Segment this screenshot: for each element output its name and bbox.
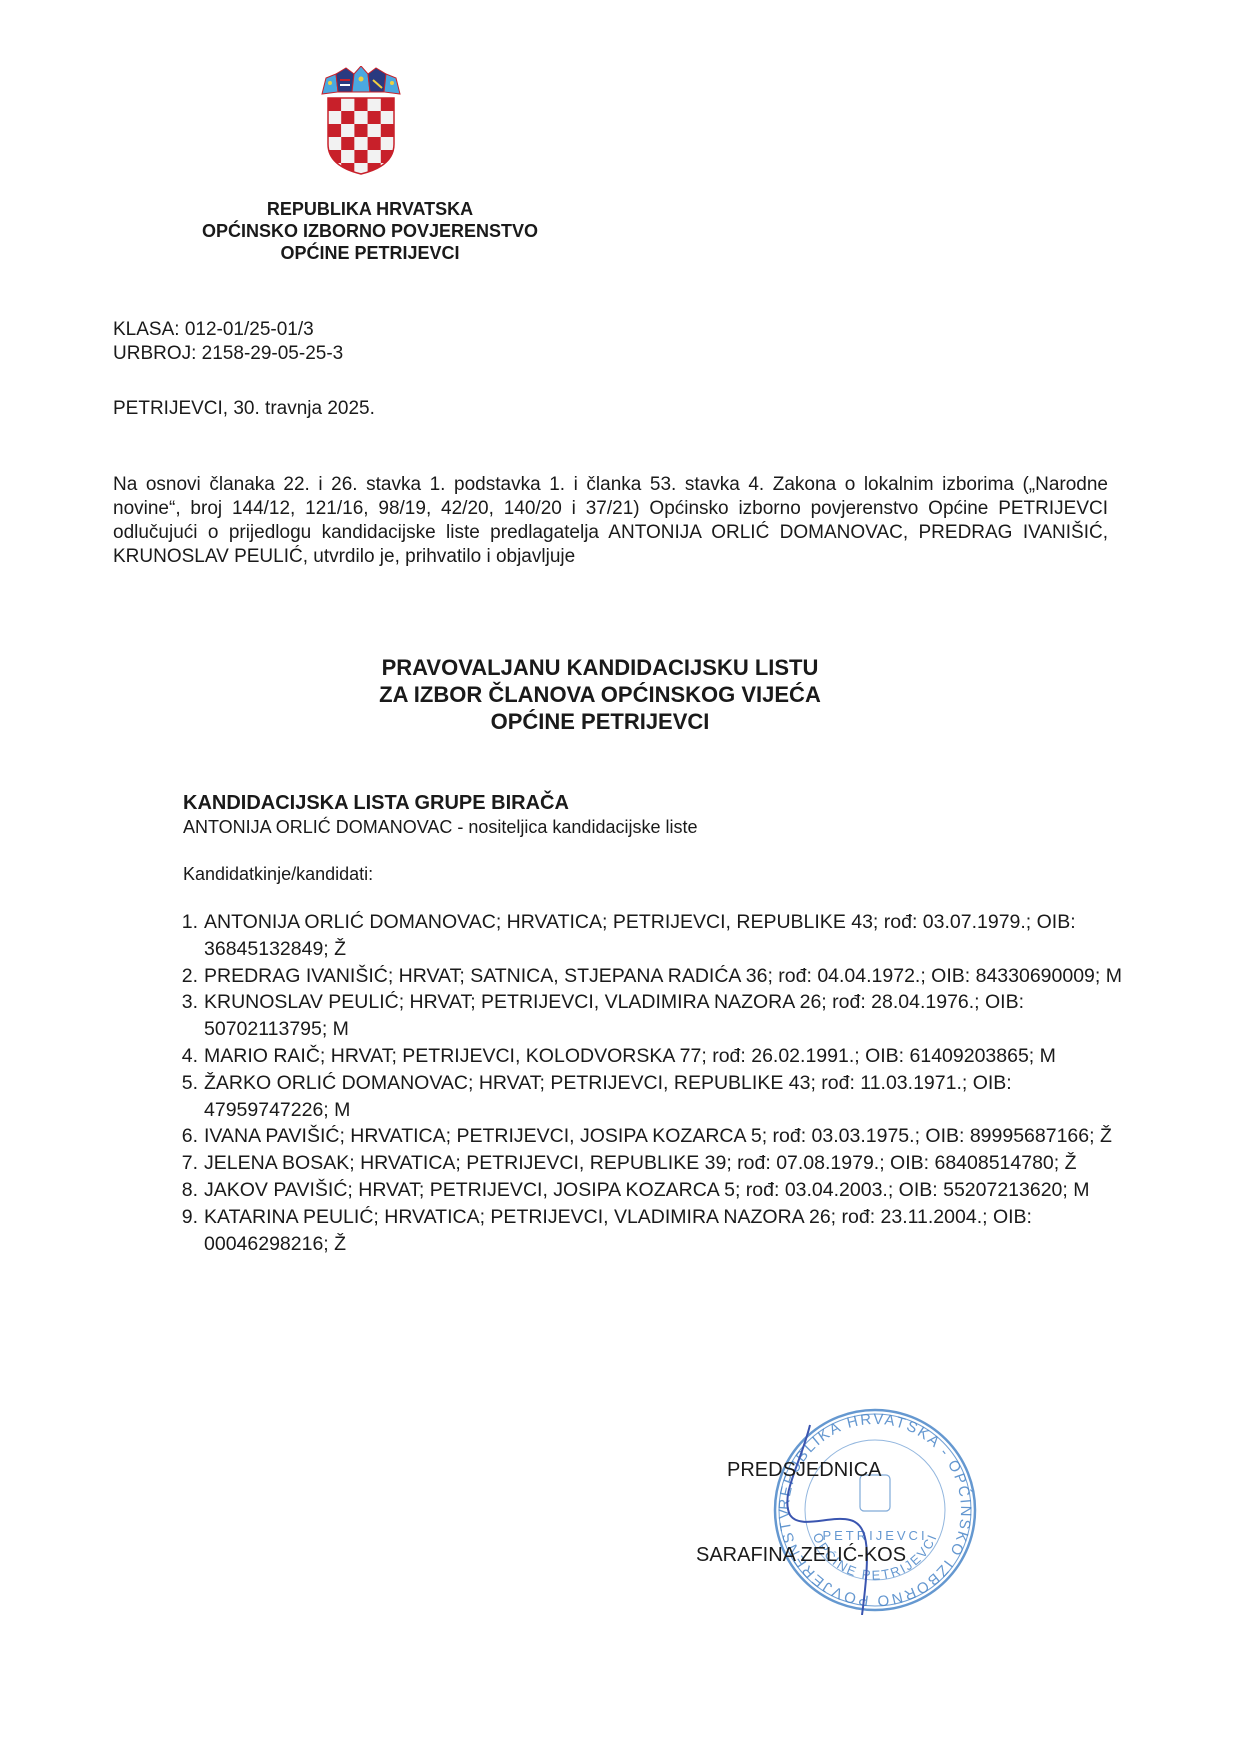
candidate-number: 4. bbox=[168, 1043, 204, 1070]
candidate-number: 2. bbox=[168, 963, 204, 990]
urbroj-number: URBROJ: 2158-29-05-25-3 bbox=[113, 342, 343, 366]
klasa-number: KLASA: 012-01/25-01/3 bbox=[113, 318, 343, 342]
candidate-item: 6.IVANA PAVIŠIĆ; HRVATICA; PETRIJEVCI, J… bbox=[168, 1123, 1128, 1150]
list-heading: KANDIDACIJSKA LISTA GRUPE BIRAČA bbox=[183, 791, 569, 815]
candidate-details: ANTONIJA ORLIĆ DOMANOVAC; HRVATICA; PETR… bbox=[204, 909, 1128, 963]
title-line-3: OPĆINE PETRIJEVCI bbox=[300, 708, 900, 735]
header-municipality: OPĆINE PETRIJEVCI bbox=[120, 242, 620, 264]
place-and-date: PETRIJEVCI, 30. travnja 2025. bbox=[113, 397, 375, 421]
official-stamp-icon: REPUBLIKA HRVATSKA - OPĆINSKO IZBORNO PO… bbox=[770, 1405, 980, 1615]
title-line-2: ZA IZBOR ČLANOVA OPĆINSKOG VIJEĆA bbox=[300, 681, 900, 708]
signatory-role: PREDSJEDNICA bbox=[727, 1458, 881, 1482]
candidate-item: 8.JAKOV PAVIŠIĆ; HRVAT; PETRIJEVCI, JOSI… bbox=[168, 1177, 1128, 1204]
signatory-name: SARAFINA ZELIĆ-KOS bbox=[696, 1543, 906, 1567]
candidate-details: ŽARKO ORLIĆ DOMANOVAC; HRVAT; PETRIJEVCI… bbox=[204, 1070, 1128, 1124]
candidate-number: 8. bbox=[168, 1177, 204, 1204]
candidate-number: 1. bbox=[168, 909, 204, 963]
candidate-details: IVANA PAVIŠIĆ; HRVATICA; PETRIJEVCI, JOS… bbox=[204, 1123, 1128, 1150]
header-commission: OPĆINSKO IZBORNO POVJERENSTVO bbox=[120, 220, 620, 242]
candidate-item: 4.MARIO RAIČ; HRVAT; PETRIJEVCI, KOLODVO… bbox=[168, 1043, 1128, 1070]
stamp-inner-text: PETRIJEVCI bbox=[822, 1528, 927, 1543]
candidate-item: 7.JELENA BOSAK; HRVATICA; PETRIJEVCI, RE… bbox=[168, 1150, 1128, 1177]
candidate-list: 1.ANTONIJA ORLIĆ DOMANOVAC; HRVATICA; PE… bbox=[168, 909, 1128, 1257]
authority-header: REPUBLIKA HRVATSKA OPĆINSKO IZBORNO POVJ… bbox=[120, 198, 620, 264]
candidate-number: 3. bbox=[168, 989, 204, 1043]
candidate-item: 1.ANTONIJA ORLIĆ DOMANOVAC; HRVATICA; PE… bbox=[168, 909, 1128, 963]
legal-preamble: Na osnovi članaka 22. i 26. stavka 1. po… bbox=[113, 473, 1108, 569]
candidate-number: 5. bbox=[168, 1070, 204, 1124]
candidate-details: PREDRAG IVANIŠIĆ; HRVAT; SATNICA, STJEPA… bbox=[204, 963, 1128, 990]
list-holder: ANTONIJA ORLIĆ DOMANOVAC - nositeljica k… bbox=[183, 816, 698, 838]
candidate-item: 9.KATARINA PEULIĆ; HRVATICA; PETRIJEVCI,… bbox=[168, 1204, 1128, 1258]
header-country: REPUBLIKA HRVATSKA bbox=[120, 198, 620, 220]
candidate-details: KRUNOSLAV PEULIĆ; HRVAT; PETRIJEVCI, VLA… bbox=[204, 989, 1128, 1043]
candidate-number: 7. bbox=[168, 1150, 204, 1177]
candidate-details: JAKOV PAVIŠIĆ; HRVAT; PETRIJEVCI, JOSIPA… bbox=[204, 1177, 1128, 1204]
candidate-number: 9. bbox=[168, 1204, 204, 1258]
reference-block: KLASA: 012-01/25-01/3 URBROJ: 2158-29-05… bbox=[113, 318, 343, 366]
candidates-label: Kandidatkinje/kandidati: bbox=[183, 863, 373, 885]
title-line-1: PRAVOVALJANU KANDIDACIJSKU LISTU bbox=[300, 654, 900, 681]
candidate-details: JELENA BOSAK; HRVATICA; PETRIJEVCI, REPU… bbox=[204, 1150, 1128, 1177]
candidate-item: 3.KRUNOSLAV PEULIĆ; HRVAT; PETRIJEVCI, V… bbox=[168, 989, 1128, 1043]
candidate-item: 2.PREDRAG IVANIŠIĆ; HRVAT; SATNICA, STJE… bbox=[168, 963, 1128, 990]
candidate-item: 5.ŽARKO ORLIĆ DOMANOVAC; HRVAT; PETRIJEV… bbox=[168, 1070, 1128, 1124]
document-title: PRAVOVALJANU KANDIDACIJSKU LISTU ZA IZBO… bbox=[300, 654, 900, 735]
candidate-details: MARIO RAIČ; HRVAT; PETRIJEVCI, KOLODVORS… bbox=[204, 1043, 1128, 1070]
croatian-coat-of-arms-icon bbox=[318, 66, 404, 176]
candidate-details: KATARINA PEULIĆ; HRVATICA; PETRIJEVCI, V… bbox=[204, 1204, 1128, 1258]
candidate-number: 6. bbox=[168, 1123, 204, 1150]
